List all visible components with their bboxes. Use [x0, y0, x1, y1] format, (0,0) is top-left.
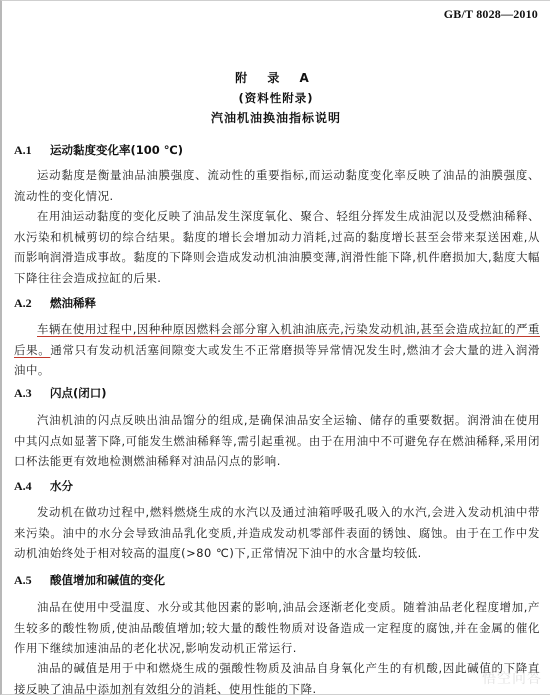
paragraph: 油品的碱值是用于中和燃烧生成的强酸性物质及油品自身氧化产生的有机酸,因此碱值的下…	[14, 658, 540, 695]
paragraph-text: 通常只有发动机活塞间隙变大或发生不正常磨损等异常情况发生时,燃油才会大量的进入润…	[14, 343, 540, 378]
paragraph: 汽油机油的闪点反映出油品馏分的组成,是确保油品安全运输、储存的重要数据。润滑油在…	[14, 410, 540, 472]
paragraph: 油品在使用中受温度、水分或其他因素的影响,油品会逐渐老化变质。随着油品老化程度增…	[14, 597, 540, 659]
section-number: A.5	[14, 573, 46, 588]
paragraph: 发动机在做功过程中,燃料燃烧生成的水汽以及通过油箱呼吸孔吸入的水汽,会进入发动机…	[14, 502, 540, 564]
paragraph: 车辆在使用过程中,因种种原因燃料会部分窜入机油油底壳,污染发动机油,甚至会造成拉…	[14, 319, 540, 381]
section-title: 燃油稀释	[50, 296, 96, 310]
section-number: A.2	[14, 296, 46, 311]
section-heading-a3: A.3 闪点(闭口)	[14, 385, 107, 401]
appendix-subtitle: (资料性附录)	[2, 90, 550, 106]
section-title: 运动黏度变化率(100 ℃)	[50, 143, 183, 157]
section-number: A.1	[14, 143, 46, 158]
appendix-title: 附 录 A	[2, 69, 550, 86]
section-heading-a1: A.1 运动黏度变化率(100 ℃)	[14, 142, 183, 158]
document-page: GB/T 8028—2010 附 录 A (资料性附录) 汽油机油换油指标说明 …	[0, 0, 550, 695]
section-heading-a5: A.5 酸值增加和碱值的变化	[14, 572, 165, 588]
standard-code: GB/T 8028—2010	[444, 7, 538, 22]
section-title: 酸值增加和碱值的变化	[50, 573, 165, 587]
section-number: A.3	[14, 386, 46, 401]
paragraph: 在用油运动黏度的变化反映了油品发生深度氧化、聚合、轻组分挥发生成油泥以及受燃油稀…	[14, 206, 540, 288]
section-title: 水分	[50, 479, 73, 493]
watermark: 悟空问答	[482, 668, 542, 688]
section-title: 闪点(闭口)	[50, 386, 107, 400]
paragraph: 运动黏度是衡量油品油膜强度、流动性的重要指标,而运动黏度变化率反映了油品的油膜强…	[14, 165, 540, 206]
section-heading-a4: A.4 水分	[14, 478, 73, 494]
section-heading-a2: A.2 燃油稀释	[14, 295, 96, 311]
section-number: A.4	[14, 479, 46, 494]
appendix-heading: 汽油机油换油指标说明	[2, 109, 550, 126]
